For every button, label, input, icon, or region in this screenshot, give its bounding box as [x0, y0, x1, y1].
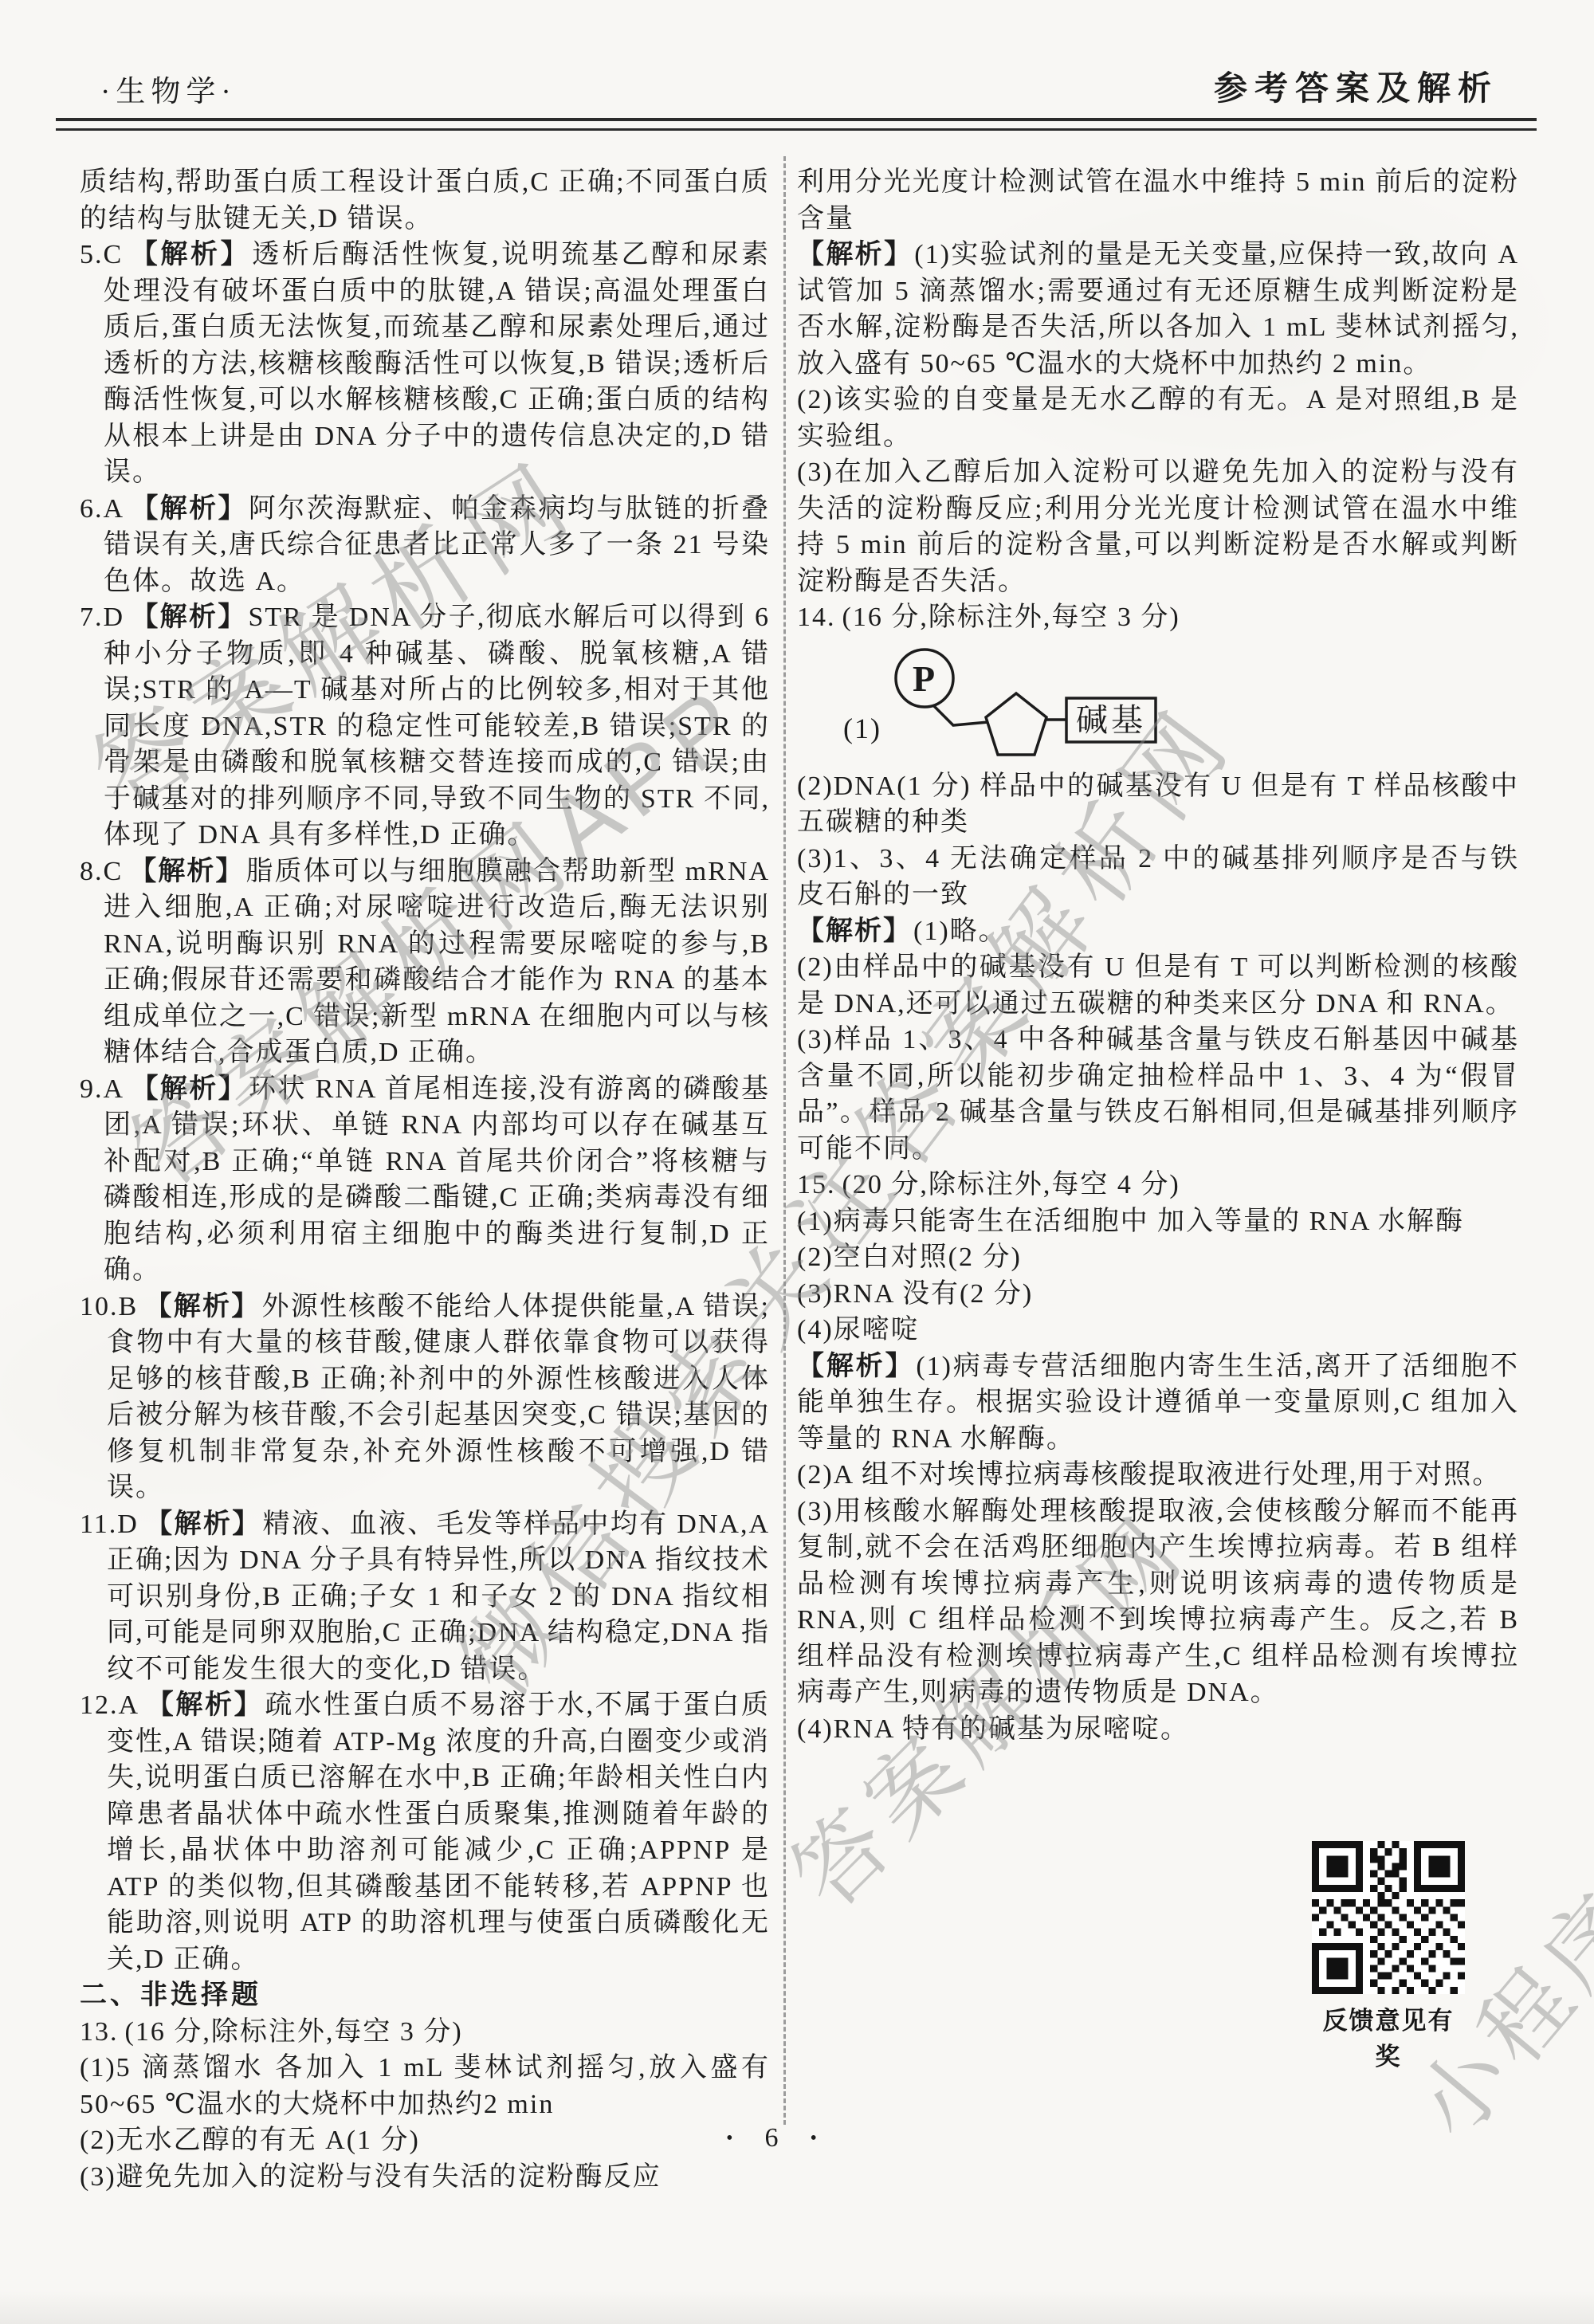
explain-14-2: (2)由样品中的碱基没有 U 但是有 T 可以判断检测的核酸是 DNA,还可以通… [797, 949, 1519, 1022]
answer-item-12: 12.A【解析】疏水性蛋白质不易溶于水,不属于蛋白质变性,A 错误;随着 ATP… [80, 1687, 770, 1977]
item-number: 14. [797, 603, 836, 632]
explain-14-1: 【解析】(1)略。 [797, 913, 1519, 950]
item-number: 9.A [80, 1074, 124, 1104]
answer-15-2: (2)空白对照(2 分) [797, 1239, 1519, 1276]
bond-line-left [933, 705, 988, 725]
item-body: 外源性核酸不能给人体提供能量,A 错误;食物中有大量的核苷酸,健康人群依靠食物可… [107, 1292, 770, 1503]
explain-15-3: (3)用核酸水解酶处理核酸提取液,会使核酸分解而不能再复制,就不会在活鸡胚细胞内… [797, 1494, 1519, 1711]
answer-13-1: (1)5 滴蒸馏水 各加入 1 mL 斐林试剂摇匀,放入盛有 50~65 ℃温水… [80, 2050, 770, 2122]
answer-item-7: 7.D【解析】STR 是 DNA 分子,彻底水解后可以得到 6 种小分子物质,即… [80, 599, 770, 854]
explain-label: 【解析】 [131, 1074, 247, 1104]
explain-14-3: (3)样品 1、3、4 中各种碱基含量与铁皮石斛基因中碱基含量不同,所以能初步确… [797, 1022, 1519, 1167]
answer-14-2: (2)DNA(1 分) 样品中的碱基没有 U 但是有 T 样品核酸中五碳糖的种类 [797, 768, 1519, 841]
answer-13-3: (3)避免先加入的淀粉与没有失活的淀粉酶反应 [80, 2159, 770, 2196]
explain-15-2: (2)A 组不对埃博拉病毒核酸提取液进行处理,用于对照。 [797, 1457, 1519, 1494]
nucleotide-diagram: (1) P 碱基 [832, 642, 1519, 764]
answer-item-15: 15.(20 分,除标注外,每空 4 分) [797, 1167, 1519, 1203]
item-number: 13. [80, 2017, 119, 2047]
answer-item-8: 8.C【解析】脂质体可以与细胞膜融合帮助新型 mRNA 进入细胞,A 正确;对尿… [80, 854, 770, 1071]
explain-label: 【解析】 [797, 917, 912, 946]
answer-15-1: (1)病毒只能寄生在活细胞中 加入等量的 RNA 水解酶 [797, 1203, 1519, 1240]
item-number: 12.A [80, 1690, 139, 1720]
diagram-answer-label: (1) [843, 713, 881, 744]
item-number: 10.B [80, 1292, 138, 1321]
answer-13-2: (2)无水乙醇的有无 A(1 分) [80, 2122, 770, 2159]
explain-label: 【解析】 [129, 240, 250, 269]
answer-14-3: (3)1、3、4 无法确定样品 2 中的碱基排列顺序是否与铁皮石斛的一致 [797, 841, 1519, 913]
explain-label: 【解析】 [797, 240, 913, 269]
answer-item-9: 9.A【解析】环状 RNA 首尾相连接,没有游离的磷酸基团,A 错误;环状、单链… [80, 1071, 770, 1289]
explain-label: 【解析】 [131, 494, 247, 524]
answer-item-10: 10.B【解析】外源性核酸不能给人体提供能量,A 错误;食物中有大量的核苷酸,健… [80, 1289, 770, 1506]
explain-15-4: (4)RNA 特有的碱基为尿嘧啶。 [797, 1711, 1519, 1748]
continuation-paragraph: 利用分光光度计检测试管在温水中维持 5 min 前后的淀粉含量 [797, 164, 1519, 237]
explain-label: 【解析】 [145, 1509, 261, 1539]
explain-label: 【解析】 [146, 1690, 263, 1720]
phosphate-label: P [913, 658, 936, 699]
answer-item-5: 5.C【解析】透析后酶活性恢复,说明巯基乙醇和尿素处理没有破坏蛋白质中的肽键,A… [80, 237, 770, 491]
item-body: 脂质体可以与细胞膜融合帮助新型 mRNA 进入细胞,A 正确;对尿嘧啶进行改造后… [104, 857, 770, 1068]
item-head: (20 分,除标注外,每空 4 分) [842, 1170, 1180, 1199]
header-rule [56, 118, 1537, 131]
item-body: STR 是 DNA 分子,彻底水解后可以得到 6 种小分子物质,即 4 种碱基、… [104, 603, 770, 850]
scanned-answer-page: ·生物学· 参考答案及解析 质结构,帮助蛋白质工程设计蛋白质,C 正确;不同蛋白… [0, 0, 1594, 2324]
explain-label: 【解析】 [131, 603, 246, 632]
item-body: 透析后酶活性恢复,说明巯基乙醇和尿素处理没有破坏蛋白质中的肽键,A 错误;高温处… [104, 240, 770, 487]
item-number: 8.C [80, 857, 123, 886]
explain-label: 【解析】 [144, 1292, 260, 1321]
answer-item-11: 11.D【解析】精液、血液、毛发等样品中均有 DNA,A 正确;因为 DNA 分… [80, 1506, 770, 1688]
section-title: 二、非选择题 [80, 1977, 770, 2014]
item-body: 环状 RNA 首尾相连接,没有游离的磷酸基团,A 错误;环状、单链 RNA 内部… [104, 1074, 770, 1286]
qr-code [1312, 1841, 1465, 1994]
right-column: 利用分光光度计检测试管在温水中维持 5 min 前后的淀粉含量 【解析】(1)实… [797, 164, 1519, 1747]
answer-item-13: 13.(16 分,除标注外,每空 3 分) [80, 2014, 770, 2051]
subject-title: ·生物学· [100, 67, 237, 110]
explain-15-1: 【解析】(1)病毒专营活细胞内寄生生活,离开了活细胞不能单独生存。根据实验设计遵… [797, 1348, 1519, 1458]
scan-edge-shadow [0, 2291, 1594, 2324]
explain-label: 【解析】 [129, 857, 244, 886]
explain-13-3: (3)在加入乙醇后加入淀粉可以避免先加入的淀粉与没有失活的淀粉酶反应;利用分光光… [797, 454, 1519, 599]
page-footer: • 6 • [684, 2123, 859, 2153]
continuation-paragraph: 质结构,帮助蛋白质工程设计蛋白质,C 正确;不同蛋白质的结构与肽键无关,D 错误… [80, 164, 770, 237]
explain-body: (1)略。 [913, 917, 1007, 946]
feedback-qr-block: 反馈意见有奖 [1312, 1841, 1465, 2072]
item-number: 6.A [80, 494, 124, 524]
answer-item-14: 14.(16 分,除标注外,每空 3 分) [797, 599, 1519, 636]
page-title: 参考答案及解析 [1214, 62, 1498, 110]
item-number: 5.C [80, 240, 123, 269]
item-number: 11.D [80, 1509, 139, 1539]
footer-dot: • [811, 2128, 817, 2149]
answer-item-6: 6.A【解析】阿尔茨海默症、帕金森病均与肽链的折叠错误有关,唐氏综合征患者比正常… [80, 491, 770, 600]
column-divider [783, 156, 786, 2125]
answer-15-3: (3)RNA 没有(2 分) [797, 1276, 1519, 1313]
item-head: (16 分,除标注外,每空 3 分) [842, 603, 1180, 632]
page-number: 6 [765, 2123, 779, 2153]
explain-label: 【解析】 [797, 1352, 914, 1381]
left-column: 质结构,帮助蛋白质工程设计蛋白质,C 正确;不同蛋白质的结构与肽键无关,D 错误… [80, 164, 770, 2195]
explain-13-1: 【解析】(1)实验试剂的量是无关变量,应保持一致,故向 A 试管加 5 滴蒸馏水… [797, 237, 1519, 382]
item-head: (16 分,除标注外,每空 3 分) [125, 2017, 463, 2047]
pentose-pentagon [986, 693, 1046, 755]
answer-15-4: (4)尿嘧啶 [797, 1312, 1519, 1348]
qr-caption: 反馈意见有奖 [1312, 2000, 1465, 2072]
item-number: 15. [797, 1170, 836, 1199]
footer-dot: • [726, 2128, 732, 2149]
item-number: 7.D [80, 603, 124, 632]
item-body: 疏水性蛋白质不易溶于水,不属于蛋白质变性,A 错误;随着 ATP-Mg 浓度的升… [107, 1690, 770, 1974]
explain-13-2: (2)该实验的自变量是无水乙醇的有无。A 是对照组,B 是实验组。 [797, 382, 1519, 454]
base-label: 碱基 [1076, 702, 1146, 738]
